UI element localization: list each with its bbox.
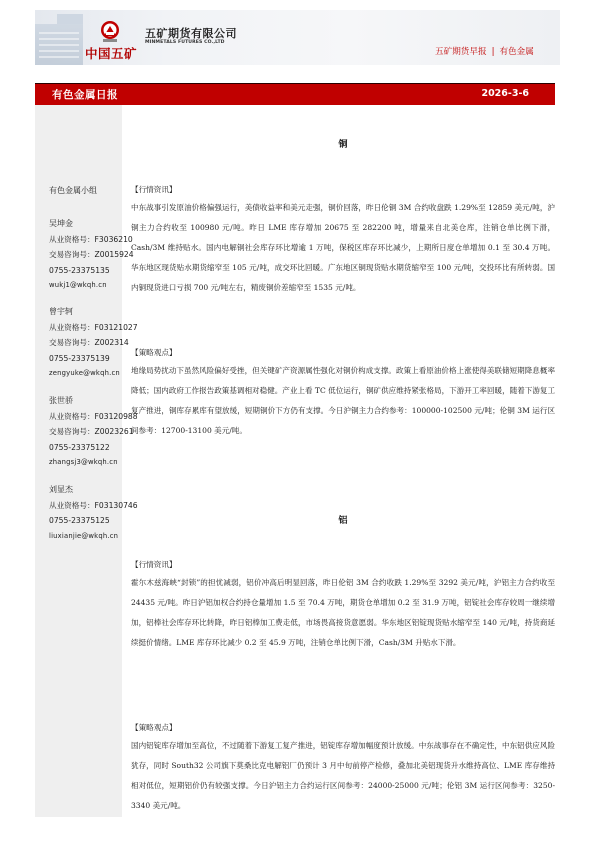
separator: | bbox=[492, 47, 495, 57]
analyst-email[interactable]: liuxianjie@wkqh.cn bbox=[49, 529, 138, 545]
logo-text: 中国五矿 bbox=[85, 44, 137, 62]
report-title: 有色金属日报 bbox=[52, 87, 118, 102]
header-banner: 中国五矿 五矿期货有限公司 MINMETALS FUTURES CO.,LTD … bbox=[35, 10, 560, 65]
analyst-email[interactable]: wukj1@wkqh.cn bbox=[49, 278, 134, 294]
strategy-label: 【策略观点】 bbox=[131, 347, 177, 358]
analyst-sidebar: 有色金属小组 吴坤金 从业资格号：F3036210 交易咨询号：Z0015924… bbox=[35, 105, 122, 817]
analyst-name: 曾宇轲 bbox=[49, 304, 138, 320]
analyst-email[interactable]: zengyuke@wkqh.cn bbox=[49, 366, 138, 382]
consulting-number: 交易咨询号：Z0015924 bbox=[49, 247, 134, 263]
qualification-number: 从业资格号：F03120988 bbox=[49, 409, 138, 425]
analyst-phone: 0755-23375135 bbox=[49, 263, 134, 279]
analyst-card: 吴坤金 从业资格号：F3036210 交易咨询号：Z0015924 0755-2… bbox=[49, 216, 134, 294]
report-category: 有色金属 bbox=[499, 47, 533, 57]
strategy-label: 【策略观点】 bbox=[131, 722, 177, 733]
aluminium-strategy-text: 国内铝锭库存增加至高位，不过随着下游复工复产推进，铝锭库存增加幅度预计放缓。中东… bbox=[131, 736, 555, 816]
qualification-number: 从业资格号：F03130746 bbox=[49, 498, 138, 514]
building-image bbox=[35, 24, 83, 65]
aluminium-market-text: 霍尔木兹海峡“封锁”的担忧减弱，铝价冲高后明显回落，昨日伦铝 3M 合约收跌 1… bbox=[131, 573, 555, 653]
qualification-number: 从业资格号：F3036210 bbox=[49, 232, 134, 248]
analyst-phone: 0755-23375125 bbox=[49, 513, 138, 529]
analyst-email[interactable]: zhangsj3@wkqh.cn bbox=[49, 455, 138, 471]
section-title-copper: 铜 bbox=[131, 137, 555, 150]
analyst-card: 刘显杰 从业资格号：F03130746 0755-23375125 liuxia… bbox=[49, 482, 138, 544]
analyst-name: 吴坤金 bbox=[49, 216, 134, 232]
analyst-phone: 0755-23375139 bbox=[49, 351, 138, 367]
report-date: 2026-3-6 bbox=[481, 88, 529, 99]
report-series: 五矿期货早报 bbox=[435, 47, 487, 57]
section-title-aluminium: 铝 bbox=[131, 513, 555, 526]
minmetals-logo-icon bbox=[98, 20, 122, 44]
analyst-card: 曾宇轲 从业资格号：F03121027 交易咨询号：Z002314 0755-2… bbox=[49, 304, 138, 382]
copper-strategy-text: 地缘局势扰动下虽然风险偏好受挫，但关键矿产资源属性强化对铜价构成支撑。政策上看原… bbox=[131, 361, 555, 441]
analyst-card: 张世骄 从业资格号：F03120988 交易咨询号：Z0023261 0755-… bbox=[49, 393, 138, 471]
analyst-phone: 0755-23375122 bbox=[49, 440, 138, 456]
market-info-label: 【行情资讯】 bbox=[131, 559, 177, 570]
consulting-number: 交易咨询号：Z002314 bbox=[49, 335, 138, 351]
title-bar: 有色金属日报 2026-3-6 bbox=[35, 83, 555, 105]
analyst-name: 张世骄 bbox=[49, 393, 138, 409]
company-name-en: MINMETALS FUTURES CO.,LTD bbox=[145, 40, 225, 45]
qualification-number: 从业资格号：F03121027 bbox=[49, 320, 138, 336]
consulting-number: 交易咨询号：Z0023261 bbox=[49, 424, 138, 440]
copper-market-text: 中东战事引发原油价格偏强运行，美债收益率和美元走强，铜价回落，昨日伦铜 3M 合… bbox=[131, 198, 555, 298]
team-name: 有色金属小组 bbox=[49, 185, 97, 196]
report-tag: 五矿期货早报|有色金属 bbox=[435, 45, 534, 57]
analyst-name: 刘显杰 bbox=[49, 482, 138, 498]
company-name: 五矿期货有限公司 bbox=[145, 25, 237, 41]
building-image-top bbox=[57, 14, 83, 24]
market-info-label: 【行情资讯】 bbox=[131, 184, 177, 195]
